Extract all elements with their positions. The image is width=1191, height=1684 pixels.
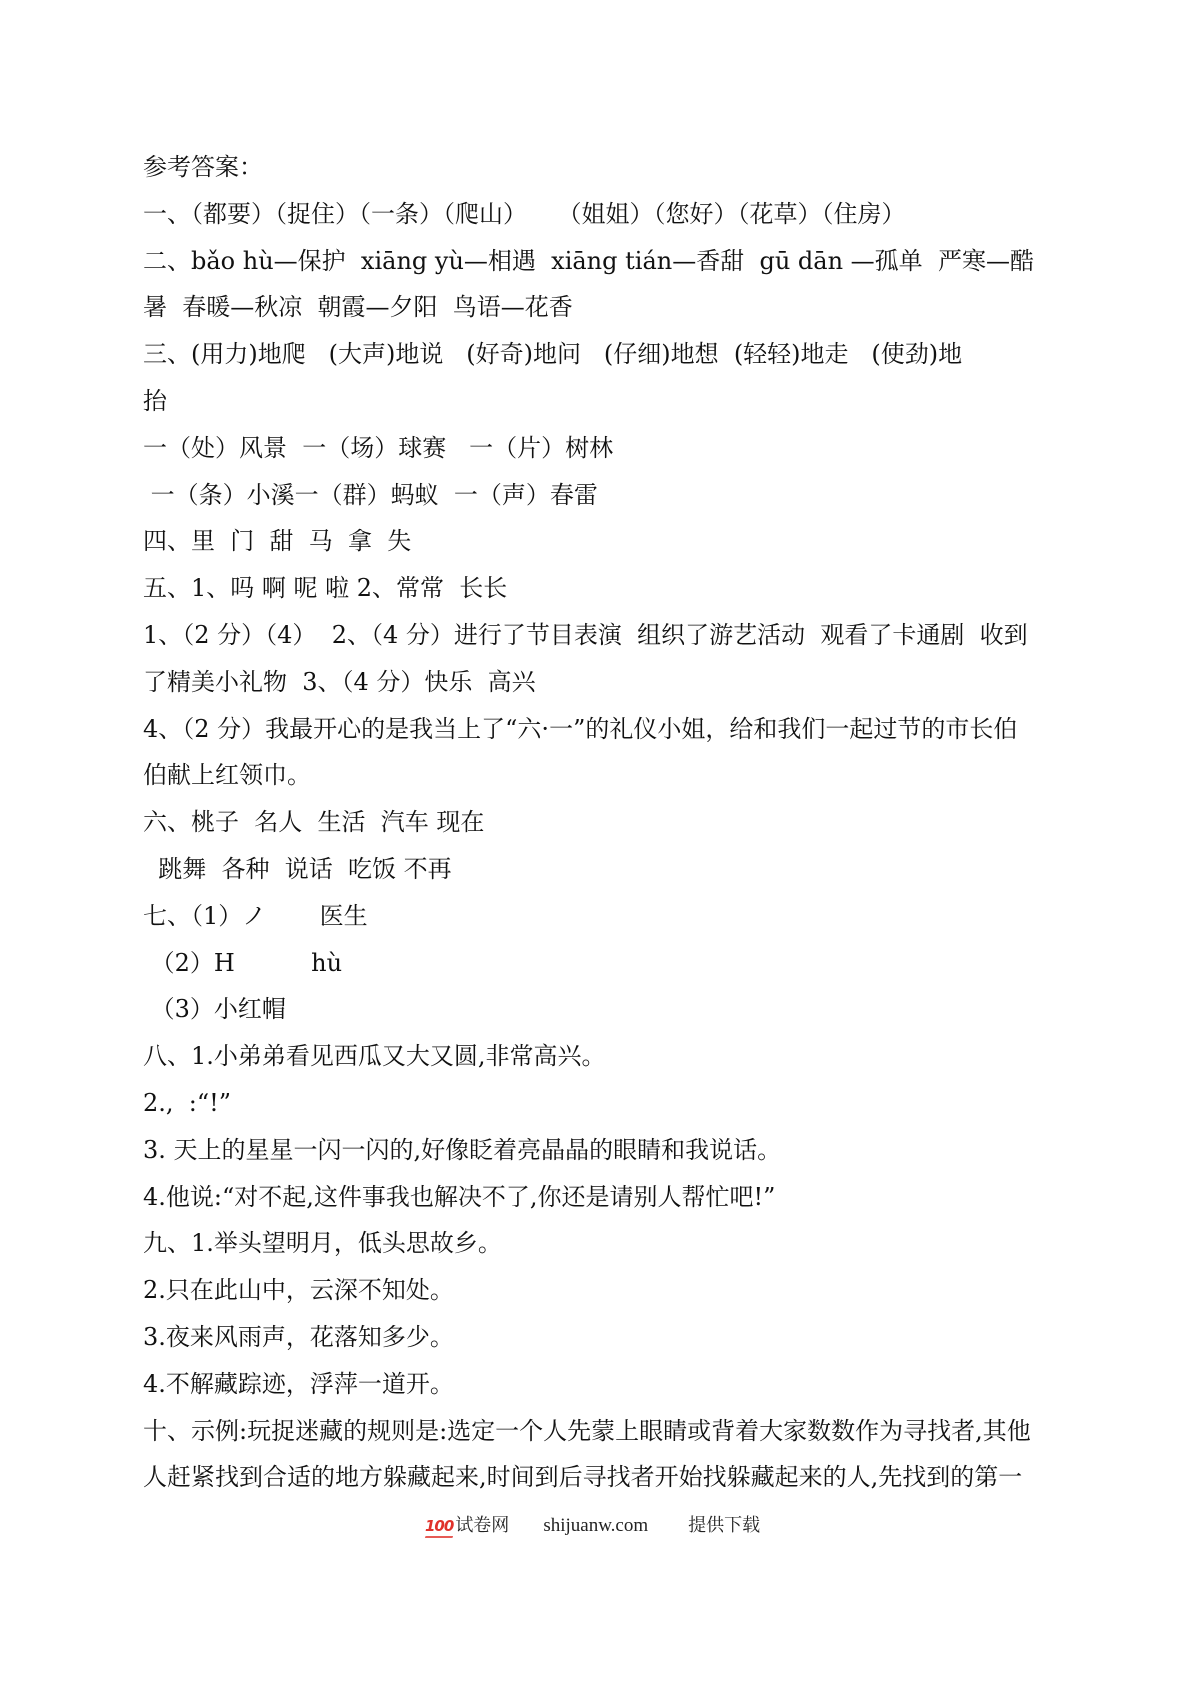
answer-line-11: 了精美小礼物 3、（4 分）快乐 高兴	[143, 667, 1053, 697]
answer-line-3: 暑 春暖—秋凉 朝霞—夕阳 鸟语—花香	[143, 292, 1053, 322]
download-note: 提供下载	[688, 1511, 760, 1541]
answer-line-16: 七、（1）ノ 医生	[143, 901, 1053, 931]
answer-line-9: 五、1、吗 啊 呢 啦 2、常常 长长	[143, 573, 1053, 603]
answer-line-20: 2., :“!”	[143, 1088, 1053, 1118]
answer-line-21: 3. 天上的星星一闪一闪的,好像眨着亮晶晶的眼睛和我说话。	[143, 1135, 1053, 1165]
answer-line-19: 八、1.小弟弟看见西瓜又大又圆,非常高兴。	[143, 1041, 1053, 1071]
answer-line-23: 九、1.举头望明月，低头思故乡。	[143, 1228, 1053, 1258]
answer-line-17: （2）H hù	[143, 948, 1053, 978]
site-logo-icon: 100	[425, 1511, 453, 1541]
answer-line-8: 四、里 门 甜 马 拿 失	[143, 526, 1053, 556]
answer-line-25: 3.夜来风雨声，花落知多少。	[143, 1322, 1053, 1352]
document-page: 参考答案： 一、（都要）（捉住）（一条）（爬山） （姐姐）（您好）（花草）（住房…	[0, 0, 1191, 1684]
answer-line-22: 4.他说:“对不起,这件事我也解决不了,你还是请别人帮忙吧!”	[143, 1182, 1053, 1212]
page-footer: 100 试卷网 shijuanw.com 提供下载	[425, 1511, 760, 1541]
answer-line-7: 一（条）小溪一（群）蚂蚁 一（声）春雷	[143, 480, 1053, 510]
answer-line-12: 4、（2 分）我最开心的是我当上了“六·一”的礼仪小姐，给和我们一起过节的市长伯	[143, 714, 1053, 744]
answer-line-27: 十、示例:玩捉迷藏的规则是:选定一个人先蒙上眼睛或背着大家数数作为寻找者,其他	[143, 1416, 1053, 1446]
answer-line-18: （3）小红帽	[143, 994, 1053, 1024]
answer-line-1: 一、（都要）（捉住）（一条）（爬山） （姐姐）（您好）（花草）（住房）	[143, 199, 1053, 229]
answer-line-4: 三、(用力)地爬 (大声)地说 (好奇)地问 (仔细)地想 (轻轻)地走 (使劲…	[143, 339, 1053, 369]
answer-line-15: 跳舞 各种 说话 吃饭 不再	[143, 854, 1053, 884]
answer-line-2: 二、bǎo hù—保护 xiāng yù—相遇 xiāng tián—香甜 gū…	[143, 246, 1053, 276]
answer-line-13: 伯献上红领巾。	[143, 760, 1053, 790]
answer-heading: 参考答案：	[143, 152, 1053, 182]
answer-line-10: 1、（2 分）（4） 2、（4 分）进行了节目表演 组织了游艺活动 观看了卡通剧…	[143, 620, 1053, 650]
answer-line-5: 抬	[143, 386, 1053, 416]
site-name: 试卷网	[455, 1511, 509, 1541]
answer-line-26: 4.不解藏踪迹，浮萍一道开。	[143, 1369, 1053, 1399]
answer-line-6: 一（处）风景 一（场）球赛 一（片）树林	[143, 433, 1053, 463]
answer-line-28: 人赶紧找到合适的地方躲藏起来,时间到后寻找者开始找躲藏起来的人,先找到的第一	[143, 1462, 1053, 1492]
site-domain: shijuanw.com	[543, 1511, 648, 1541]
answer-line-24: 2.只在此山中，云深不知处。	[143, 1275, 1053, 1305]
answer-line-14: 六、桃子 名人 生活 汽车 现在	[143, 807, 1053, 837]
